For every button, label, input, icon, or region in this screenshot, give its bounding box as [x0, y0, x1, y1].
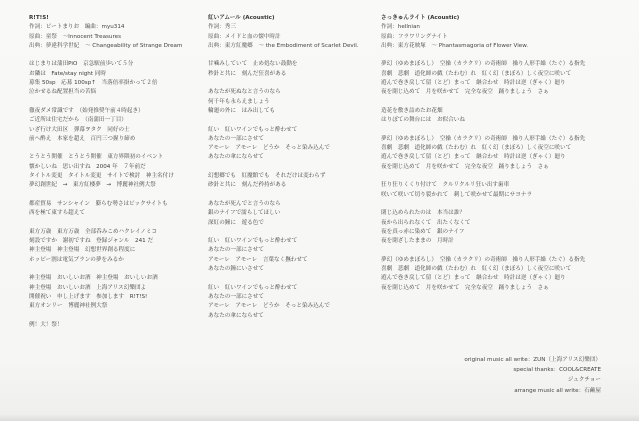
lyric-line: 閉じ込められたのは 本当は誰？: [381, 209, 636, 218]
lyric-line: 神主登場 神主登場 幻想世界創る程度に: [29, 246, 209, 255]
song-meta-line: 作詞：hellnian: [381, 23, 636, 32]
lyric-line: 夢幻（ゆめまぼろし） 空操（カラクリ）の奇術師 操り人形手繰（たぐ）る指先: [381, 135, 636, 144]
lyric-line: あなたの鐘にいさせて: [208, 265, 373, 274]
lyric-line: 例！大！祭！: [29, 321, 209, 330]
stanza-gap: [208, 163, 373, 172]
lyric-stanza: とうとう開催 とうとう開催 東方界隈初のイベント懐かしいね 思い出すね 2004…: [29, 153, 209, 190]
lyric-stanza: 甘噛みしていて 止め処ない鼓動を秒針と共に 刻んだ狂喜がある: [208, 60, 373, 79]
lyric-line: あなたの傘にならせて: [208, 312, 373, 321]
lyric-line: 夜を閉ざしたままの 月時計: [381, 237, 636, 246]
song-title: 紅いアムール (Acoustic): [208, 14, 373, 23]
lyric-line: あなたが死んでと言うのなら: [208, 200, 373, 209]
lyric-line: ホッピー割は電気ブランの夢をみるか: [29, 256, 209, 265]
lyric-stanza: あなたが死ぬなと言うのなら何千年も永らえましょう輪廻の外に はみ出しても: [208, 88, 373, 116]
lyric-line: 夜を閉じ込めて 月を咲かせて 完全な夜空 踊りましょう さぁ: [381, 284, 636, 293]
lyric-line: 夢幻創世紀 → 東方紅楼夢 → 博麗神社例大祭: [29, 181, 209, 190]
stanza-gap: [29, 144, 209, 153]
lyric-line: 西を極て東すら超えて: [29, 209, 209, 218]
song-column-2: 紅いアムール (Acoustic)作詞：秀三原曲：メイドと血の懐中時計出典：東方…: [208, 14, 373, 321]
stanza-gap: [29, 265, 209, 274]
lyric-stanza: 夢幻（ゆめまぼろし） 空操（カラクリ）の奇術師 操り人形手繰（たぐ）る指先喜劇 …: [381, 256, 636, 293]
lyric-line: 都産貿易 サンシャイン 膨らむ勢さはビックサイトも: [29, 200, 209, 209]
lyric-line: 夜から出られなくて 出たくなくて: [381, 219, 636, 228]
song-meta-line: 原曲：童祭 ～Innocent Treasures: [29, 33, 209, 42]
credit-arrange: arrange music all write：石鹸屋: [464, 386, 601, 396]
lyric-line: 刻設ですか 謝初ですね 登録ジャンル 241 だ: [29, 237, 209, 246]
lyric-line: あなたが死ぬなと言うのなら: [208, 88, 373, 97]
lyric-line: あなたの一部にさせて: [208, 246, 373, 255]
lyric-line: アモーレ アモーレ どうか そっと染み込んで: [208, 144, 373, 153]
lyric-line: 開催祝い 申し上げます 参加します R!T!S!: [29, 293, 209, 302]
lyric-stanza: あなたが死んでと言うのなら銀のナイフで濡らしてほしい深紅の鐘に 遊る色で: [208, 200, 373, 228]
lyric-line: 何千年も永らえましょう: [208, 98, 373, 107]
stanza-gap: [208, 51, 373, 60]
lyric-line: 秒針と共に 刻んだ狂喜がある: [208, 70, 373, 79]
lyric-stanza: 造花を敷き詰めたお花畑はりぼての舞台には お似合いね: [381, 107, 636, 126]
lyric-line: あなたの一部にさせて: [208, 293, 373, 302]
lyric-line: 咲いて咲いて切り裂かれて 刺して咲かせて最期にサヨナラ: [381, 191, 636, 200]
lyric-line: 造花を敷き詰めたお花畑: [381, 107, 636, 116]
stanza-gap: [381, 172, 636, 181]
lyric-line: はじまりは蒲田PiO 京急駅前歩いて５分: [29, 60, 209, 69]
lyric-line: 募集 50sp 応募 100sp↑ 当落倍率掛かって２倍: [29, 79, 209, 88]
stanza-gap: [29, 98, 209, 107]
page-edge-shadow: [0, 415, 639, 421]
lyric-line: 懐かしいね 思い出すね 2004 年 ７年前だ: [29, 163, 209, 172]
song-meta-line: 原曲：フラワリングナイト: [381, 33, 636, 42]
stanza-gap: [29, 312, 209, 321]
lyric-line: 夢幻（ゆめまぼろし） 空操（カラクリ）の奇術師 操り人形手繰（たぐ）る指先: [381, 256, 636, 265]
lyric-stanza: 紅い 紅いワインでもっと酔わせてあなたの一部にさせてアモーレ アモーレ どうか …: [208, 284, 373, 321]
stanza-gap: [381, 126, 636, 135]
song-meta-line: 出典：東方花映塚 ～ Phantasmagoria of Flower View…: [381, 42, 636, 51]
stanza-gap: [381, 98, 636, 107]
lyric-line: 遊んで巻き戻して留（とど）まって 継合わせ 時計は逆（ぎゃく）廻り: [381, 274, 636, 283]
lyric-stanza: 紅い 紅いワインでもっと酔わせてあなたの一部にさせてアモーレ アモーレ 言葉なく…: [208, 237, 373, 274]
song-meta-line: 出典：東方紅魔郷 ～ the Embodiment of Scarlet Dev…: [208, 42, 373, 51]
liner-notes-page: R!T!S!作詞：ビートまりお 編曲：myu314原曲：童祭 ～Innocent…: [0, 0, 639, 421]
lyric-stanza: 幻想郷でも 紅魔館でも それだけは変わらず砂針と共に 刻んだ矜持がある: [208, 172, 373, 191]
lyric-line: 輪廻の外に はみ出しても: [208, 107, 373, 116]
lyric-line: 砂針と共に 刻んだ矜持がある: [208, 181, 373, 190]
lyric-stanza: はじまりは蒲田PiO 京急駅前歩いて５分お隣は Fate/stay night …: [29, 60, 209, 97]
lyric-line: 徹夜ダメ常識です （始発推奨午前４時起き）: [29, 107, 209, 116]
lyric-stanza: 閉じ込められたのは 本当は誰？夜から出られなくて 出たくなくて夜を真っ赤に染めて…: [381, 209, 636, 246]
lyric-stanza: 都産貿易 サンシャイン 膨らむ勢さはビックサイトも西を極て東すら超えて: [29, 200, 209, 219]
lyric-line: 前へ酔え 本家を超え 百円三つ握り締め: [29, 135, 209, 144]
lyric-stanza: 神主登場 おいしいお酒 神主登場 おいしいお酒神主登場 おいしいお酒 上海アリス…: [29, 274, 209, 311]
lyric-line: 甘噛みしていて 止め処ない鼓動を: [208, 60, 373, 69]
lyric-line: 喜劇 悲劇 道化師の戯（たわむ）れ 紅く幻（まぼろ）しく夜空に咲いて: [381, 70, 636, 79]
lyric-line: あなたの一部にさせて: [208, 135, 373, 144]
lyric-line: 銀のナイフで濡らしてほしい: [208, 209, 373, 218]
song-column-3: さっきゅんライト (Acoustic)作詞：hellnian原曲：フラワリングナ…: [381, 14, 636, 293]
stanza-gap: [208, 116, 373, 125]
song-column-1: R!T!S!作詞：ビートまりお 編曲：myu314原曲：童祭 ～Innocent…: [29, 14, 209, 330]
stanza-gap: [208, 228, 373, 237]
song-title: さっきゅんライト (Acoustic): [381, 14, 636, 23]
stanza-gap: [208, 274, 373, 283]
lyric-line: 紅い 紅いワインでもっと酔わせて: [208, 237, 373, 246]
lyric-line: 遊んで巻き戻して留（とど）まって 継合わせ 時計は逆（ぎゃく）廻り: [381, 153, 636, 162]
credit-special-thanks-2: ジュクチョー: [464, 375, 601, 385]
stanza-gap: [381, 200, 636, 209]
lyric-line: 紅い 紅いワインでもっと酔わせて: [208, 284, 373, 293]
lyric-line: いざ行け大田区 弾幕ヲタク 同好の士: [29, 126, 209, 135]
song-meta-line: 出典：夢違科学世紀 ～ Changeability of Strange Dre…: [29, 42, 209, 51]
stanza-gap: [208, 79, 373, 88]
stanza-gap: [381, 51, 636, 60]
song-meta-line: 原曲：メイドと血の懐中時計: [208, 33, 373, 42]
lyric-line: アモーレ アモーレ どうか そっと染み込んで: [208, 302, 373, 311]
song-meta-line: 作詞：秀三: [208, 23, 373, 32]
lyric-line: 遊んで巻き戻して留（とど）まって 継合わせ 時計は逆（ぎゃく）廻り: [381, 79, 636, 88]
lyric-line: 狂り狂りくくり付けて クルリクルリ狂い出す歯車: [381, 181, 636, 190]
lyric-line: とうとう開催 とうとう開催 東方界隈初のイベント: [29, 153, 209, 162]
lyric-line: 東方万歳 東方万歳 全部呑みこめハクレイノミコ: [29, 228, 209, 237]
lyric-line: あなたの傘にならせて: [208, 153, 373, 162]
lyric-line: 泣かせるね配置担当の苦悩: [29, 88, 209, 97]
lyric-line: 深紅の鐘に 遊る色で: [208, 219, 373, 228]
lyric-stanza: 徹夜ダメ常識です （始発推奨午前４時起き）ご近所は住宅だから （南蒲田一丁目）い…: [29, 107, 209, 144]
lyric-line: 喜劇 悲劇 道化師の戯（たわむ）れ 紅く幻（まぼろ）しく夜空に咲いて: [381, 265, 636, 274]
lyric-line: 喜劇 悲劇 道化師の戯（たわむ）れ 紅く幻（まぼろ）しく夜空に咲いて: [381, 144, 636, 153]
lyric-line: 夢幻（ゆめまぼろし） 空操（カラクリ）の奇術師 操り人形手繰（たぐ）る指先: [381, 60, 636, 69]
lyric-line: はりぼての舞台には お似合いね: [381, 116, 636, 125]
lyric-line: 幻想郷でも 紅魔館でも それだけは変わらず: [208, 172, 373, 181]
stanza-gap: [29, 51, 209, 60]
lyric-line: 夜を真っ赤に染めて 銀のナイフ: [381, 228, 636, 237]
stanza-gap: [29, 219, 209, 228]
lyric-line: 夜を閉じ込めて 月を咲かせて 完全な夜空 踊りましょう さぁ: [381, 163, 636, 172]
lyric-line: 神主登場 おいしいお酒 神主登場 おいしいお酒: [29, 274, 209, 283]
stanza-gap: [29, 191, 209, 200]
lyric-line: お隣は Fate/stay night 同時: [29, 70, 209, 79]
lyric-line: 神主登場 おいしいお酒 上海アリス幻樂団よ: [29, 284, 209, 293]
credit-special-thanks: special thanks：COOL&CREATE: [464, 365, 601, 375]
lyric-line: 東方オンリー 博麗神社例大祭: [29, 302, 209, 311]
lyric-stanza: 夢幻（ゆめまぼろし） 空操（カラクリ）の奇術師 操り人形手繰（たぐ）る指先喜劇 …: [381, 135, 636, 172]
stanza-gap: [381, 246, 636, 255]
lyric-line: アモーレ アモーレ 言葉なく撫わせて: [208, 256, 373, 265]
lyric-line: 夜を閉じ込めて 月を咲かせて 完全な夜空 踊りましょう さぁ: [381, 88, 636, 97]
lyric-stanza: 紅い 紅いワインでもっと酔わせてあなたの一部にさせてアモーレ アモーレ どうか …: [208, 126, 373, 163]
credit-original-music: original music all write：ZUN（上海アリス幻樂団）: [464, 355, 601, 365]
lyric-line: 紅い 紅いワインでもっと酔わせて: [208, 126, 373, 135]
lyric-stanza: 狂り狂りくくり付けて クルリクルリ狂い出す歯車咲いて咲いて切り裂かれて 刺して咲…: [381, 181, 636, 200]
song-meta-line: 作詞：ビートまりお 編曲：myu314: [29, 23, 209, 32]
lyric-line: ご近所は住宅だから （南蒲田一丁目）: [29, 116, 209, 125]
lyric-stanza: 東方万歳 東方万歳 全部呑みこめハクレイノミコ刻設ですか 謝初ですね 登録ジャン…: [29, 228, 209, 265]
song-title: R!T!S!: [29, 14, 209, 23]
credits-block: original music all write：ZUN（上海アリス幻樂団） s…: [464, 355, 601, 396]
lyric-stanza: 夢幻（ゆめまぼろし） 空操（カラクリ）の奇術師 操り人形手繰（たぐ）る指先喜劇 …: [381, 60, 636, 97]
lyric-stanza: 例！大！祭！: [29, 321, 209, 330]
stanza-gap: [208, 191, 373, 200]
lyric-line: タイトル変更 タイトル変更 サイトで検討 神主名付け: [29, 172, 209, 181]
